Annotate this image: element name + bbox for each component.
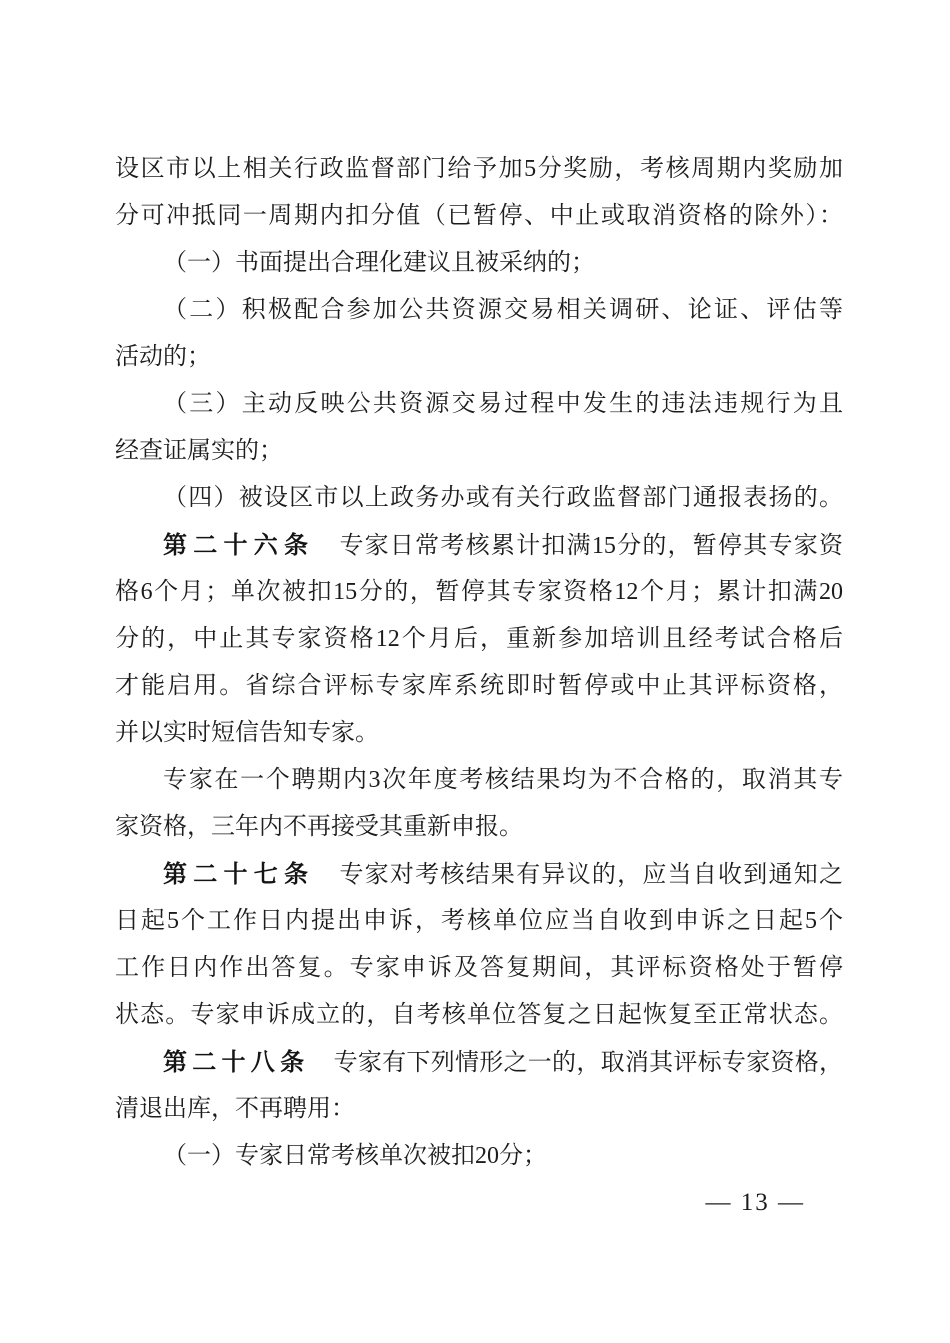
line-text: 设区市以上相关行政监督部门给予加5分奖励，考核周期内奖励加 [115,156,843,182]
text-line: （二）积极配合参加公共资源交易相关调研、论证、评估等 [115,287,843,334]
text-line: （四）被设区市以上政务办或有关行政监督部门通报表扬的。 [115,475,843,522]
line-text: 状态。专家申诉成立的，自考核单位答复之日起恢复至正常状态。 [115,1002,843,1028]
text-line: 工作日内作出答复。专家申诉及答复期间，其评标资格处于暂停 [115,945,843,992]
text-line: 第二十八条 专家有下列情形之一的，取消其评标专家资格， [115,1039,843,1086]
line-text: 工作日内作出答复。专家申诉及答复期间，其评标资格处于暂停 [115,955,843,981]
text-line: 经查证属实的； [115,428,843,475]
line-text: （四）被设区市以上政务办或有关行政监督部门通报表扬的。 [163,485,843,511]
text-line: 清退出库，不再聘用： [115,1086,843,1133]
text-line: 设区市以上相关行政监督部门给予加5分奖励，考核周期内奖励加 [115,146,843,193]
line-text: 分的，中止其专家资格12个月后，重新参加培训且经考试合格后 [115,626,843,652]
line-text: 专家日常考核累计扣满15分的，暂停其专家资 [314,533,843,559]
document-page: 设区市以上相关行政监督部门给予加5分奖励，考核周期内奖励加分可冲抵同一周期内扣分… [0,0,950,1343]
text-line: 家资格，三年内不再接受其重新申报。 [115,804,843,851]
line-text: 家资格，三年内不再接受其重新申报。 [115,814,523,840]
text-line: 才能启用。省综合评标专家库系统即时暂停或中止其评标资格， [115,663,843,710]
line-text: 专家有下列情形之一的，取消其评标专家资格， [309,1050,843,1076]
text-line: 格6个月；单次被扣15分的，暂停其专家资格12个月；累计扣满20 [115,569,843,616]
text-line: 状态。专家申诉成立的，自考核单位答复之日起恢复至正常状态。 [115,992,843,1039]
line-text: 专家对考核结果有异议的，应当自收到通知之 [314,862,843,888]
line-text: 格6个月；单次被扣15分的，暂停其专家资格12个月；累计扣满20 [115,579,843,605]
line-text: 日起5个工作日内提出申诉，考核单位应当自收到申诉之日起5个 [115,908,843,934]
line-text: 并以实时短信告知专家。 [115,720,379,746]
line-text: 专家在一个聘期内3次年度考核结果均为不合格的，取消其专 [163,767,843,793]
document-body: 设区市以上相关行政监督部门给予加5分奖励，考核周期内奖励加分可冲抵同一周期内扣分… [115,146,843,1180]
text-line: 活动的； [115,334,843,381]
text-line: 日起5个工作日内提出申诉，考核单位应当自收到申诉之日起5个 [115,898,843,945]
line-text: 清退出库，不再聘用： [115,1096,355,1122]
line-text: （二）积极配合参加公共资源交易相关调研、论证、评估等 [163,297,843,323]
text-line: 第二十六条 专家日常考核累计扣满15分的，暂停其专家资 [115,522,843,569]
line-text: （三）主动反映公共资源交易过程中发生的违法违规行为且 [163,391,843,417]
line-text: 才能启用。省综合评标专家库系统即时暂停或中止其评标资格， [115,673,843,699]
line-text: 活动的； [115,344,211,370]
line-text: （一）书面提出合理化建议且被采纳的； [163,250,595,276]
text-line: 分可冲抵同一周期内扣分值（已暂停、中止或取消资格的除外）： [115,193,843,240]
article-number: 第二十八条 [163,1049,309,1076]
article-number: 第二十七条 [163,861,314,888]
text-line: （一）专家日常考核单次被扣20分； [115,1133,843,1180]
line-text: 经查证属实的； [115,438,283,464]
line-text: （一）专家日常考核单次被扣20分； [163,1143,547,1169]
text-line: 并以实时短信告知专家。 [115,710,843,757]
text-line: 专家在一个聘期内3次年度考核结果均为不合格的，取消其专 [115,757,843,804]
text-line: 分的，中止其专家资格12个月后，重新参加培训且经考试合格后 [115,616,843,663]
article-number: 第二十六条 [163,532,314,559]
text-line: （一）书面提出合理化建议且被采纳的； [115,240,843,287]
text-line: （三）主动反映公共资源交易过程中发生的违法违规行为且 [115,381,843,428]
text-line: 第二十七条 专家对考核结果有异议的，应当自收到通知之 [115,851,843,898]
page-number: — 13 — [706,1188,806,1218]
line-text: 分可冲抵同一周期内扣分值（已暂停、中止或取消资格的除外）： [115,203,843,229]
